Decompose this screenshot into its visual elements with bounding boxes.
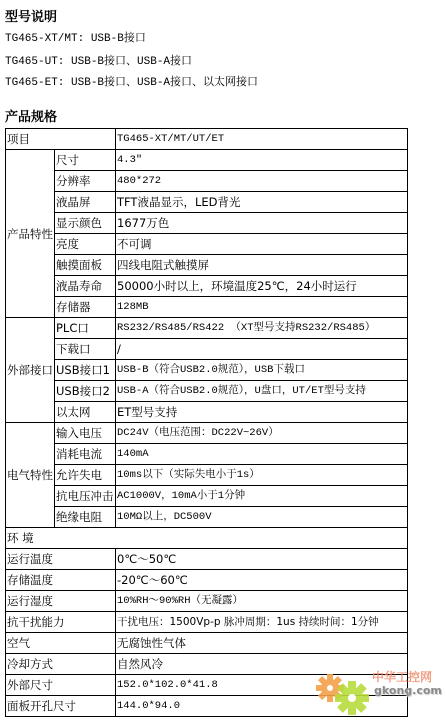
row-value: USB-B（符合USB2.0规范），USB下载口 bbox=[116, 360, 408, 381]
row-value: 干扰电压：1500Vp-p 脉冲周期：1us 持续时间：1分钟 bbox=[116, 612, 408, 633]
row-label: 运行湿度 bbox=[6, 591, 116, 612]
row-label: 允许失电 bbox=[55, 465, 116, 486]
row-value: 50000小时以上，环境温度25℃，24小时运行 bbox=[116, 276, 408, 297]
group-label: 产品特性 bbox=[6, 150, 55, 318]
row-label: 尺寸 bbox=[55, 150, 116, 171]
model-line: TG465-UT: USB-B接口、USB-A接口 bbox=[5, 55, 192, 69]
row-value: USB-A（符合USB2.0规范），U盘口，UT/ET型号支持 bbox=[116, 381, 408, 402]
model-line: TG465-ET: USB-B接口、USB-A接口、以太网接口 bbox=[5, 76, 258, 90]
row-label: 抗电压冲击 bbox=[55, 486, 116, 507]
row-label: PLC口 bbox=[55, 318, 116, 339]
row-value: 480*272 bbox=[116, 171, 408, 192]
spec-section-title: 产品规格 bbox=[5, 110, 57, 126]
table-row: 项目 TG465-XT/MT/UT/ET bbox=[6, 129, 408, 150]
row-value: 1677万色 bbox=[116, 213, 408, 234]
row-label: 下载口 bbox=[55, 339, 116, 360]
table-row: 绝缘电阻 10MΩ以上，DC500V bbox=[6, 507, 408, 528]
table-row: USB接口2 USB-A（符合USB2.0规范），U盘口，UT/ET型号支持 bbox=[6, 381, 408, 402]
table-row: 允许失电 10ms以下（实际失电小于1s） bbox=[6, 465, 408, 486]
environment-label: 环 境 bbox=[6, 528, 408, 549]
model-section-title: 型号说明 bbox=[5, 10, 57, 26]
row-label: 分辨率 bbox=[55, 171, 116, 192]
row-label: 消耗电流 bbox=[55, 444, 116, 465]
row-value: 10MΩ以上，DC500V bbox=[116, 507, 408, 528]
table-row: USB接口1 USB-B（符合USB2.0规范），USB下载口 bbox=[6, 360, 408, 381]
row-label: 抗干扰能力 bbox=[6, 612, 116, 633]
table-row: 显示颜色 1677万色 bbox=[6, 213, 408, 234]
row-value: 128MB bbox=[116, 297, 408, 318]
row-label: 面板开孔尺寸 bbox=[6, 696, 116, 717]
table-row: 存储温度 -20℃～60℃ bbox=[6, 570, 408, 591]
row-label: USB接口1 bbox=[55, 360, 116, 381]
group-label: 电气特性 bbox=[6, 423, 55, 528]
table-row: 液晶屏 TFT液晶显示，LED背光 bbox=[6, 192, 408, 213]
watermark-en: gkong.com bbox=[374, 684, 442, 697]
row-label: 触摸面板 bbox=[55, 255, 116, 276]
table-row: 下载口 / bbox=[6, 339, 408, 360]
row-label: 空气 bbox=[6, 633, 116, 654]
row-value: 140mA bbox=[116, 444, 408, 465]
table-row: 分辨率 480*272 bbox=[6, 171, 408, 192]
spec-table: 项目 TG465-XT/MT/UT/ET 产品特性 尺寸 4.3″ 分辨率 48… bbox=[5, 128, 408, 717]
row-value: 10%RH～90%RH（无凝露） bbox=[116, 591, 408, 612]
row-value: TFT液晶显示，LED背光 bbox=[116, 192, 408, 213]
row-label: 以太网 bbox=[55, 402, 116, 423]
row-label: 绝缘电阻 bbox=[55, 507, 116, 528]
row-label: 运行温度 bbox=[6, 549, 116, 570]
table-row: 抗干扰能力 干扰电压：1500Vp-p 脉冲周期：1us 持续时间：1分钟 bbox=[6, 612, 408, 633]
table-row: 触摸面板 四线电阻式触摸屏 bbox=[6, 255, 408, 276]
table-row: 液晶寿命 50000小时以上，环境温度25℃，24小时运行 bbox=[6, 276, 408, 297]
row-label: 冷却方式 bbox=[6, 654, 116, 675]
row-label: 亮度 bbox=[55, 234, 116, 255]
table-row: 运行温度 0℃～50℃ bbox=[6, 549, 408, 570]
row-value: 四线电阻式触摸屏 bbox=[116, 255, 408, 276]
table-row: 存储器 128MB bbox=[6, 297, 408, 318]
table-row: 电气特性 输入电压 DC24V（电压范围：DC22V~26V） bbox=[6, 423, 408, 444]
watermark: 中华工控网 gkong.com bbox=[312, 668, 442, 718]
row-label: 存储温度 bbox=[6, 570, 116, 591]
row-label: 存储器 bbox=[55, 297, 116, 318]
row-value: 0℃～50℃ bbox=[116, 549, 408, 570]
watermark-cn: 中华工控网 bbox=[372, 668, 432, 685]
row-label: 输入电压 bbox=[55, 423, 116, 444]
row-value: 10ms以下（实际失电小于1s） bbox=[116, 465, 408, 486]
table-row: 产品特性 尺寸 4.3″ bbox=[6, 150, 408, 171]
table-row: 消耗电流 140mA bbox=[6, 444, 408, 465]
table-row: 以太网 ET型号支持 bbox=[6, 402, 408, 423]
table-row: 环 境 bbox=[6, 528, 408, 549]
model-line: TG465-XT/MT: USB-B接口 bbox=[5, 32, 146, 46]
table-row: 外部接口 PLC口 RS232/RS485/RS422 （XT型号支持RS232… bbox=[6, 318, 408, 339]
table-row: 运行湿度 10%RH～90%RH（无凝露） bbox=[6, 591, 408, 612]
group-label: 外部接口 bbox=[6, 318, 55, 423]
table-row: 亮度 不可调 bbox=[6, 234, 408, 255]
row-value: ET型号支持 bbox=[116, 402, 408, 423]
table-row: 空气 无腐蚀性气体 bbox=[6, 633, 408, 654]
row-value: AC1000V，10mA小于1分钟 bbox=[116, 486, 408, 507]
row-label: 显示颜色 bbox=[55, 213, 116, 234]
row-value: DC24V（电压范围：DC22V~26V） bbox=[116, 423, 408, 444]
row-value: -20℃～60℃ bbox=[116, 570, 408, 591]
row-value: / bbox=[116, 339, 408, 360]
header-value: TG465-XT/MT/UT/ET bbox=[116, 129, 408, 150]
table-row: 抗电压冲击 AC1000V，10mA小于1分钟 bbox=[6, 486, 408, 507]
row-label: 液晶屏 bbox=[55, 192, 116, 213]
header-label: 项目 bbox=[6, 129, 116, 150]
row-value: 不可调 bbox=[116, 234, 408, 255]
row-value: RS232/RS485/RS422 （XT型号支持RS232/RS485） bbox=[116, 318, 408, 339]
row-label: 液晶寿命 bbox=[55, 276, 116, 297]
row-value: 无腐蚀性气体 bbox=[116, 633, 408, 654]
row-label: USB接口2 bbox=[55, 381, 116, 402]
row-value: 4.3″ bbox=[116, 150, 408, 171]
row-label: 外部尺寸 bbox=[6, 675, 116, 696]
